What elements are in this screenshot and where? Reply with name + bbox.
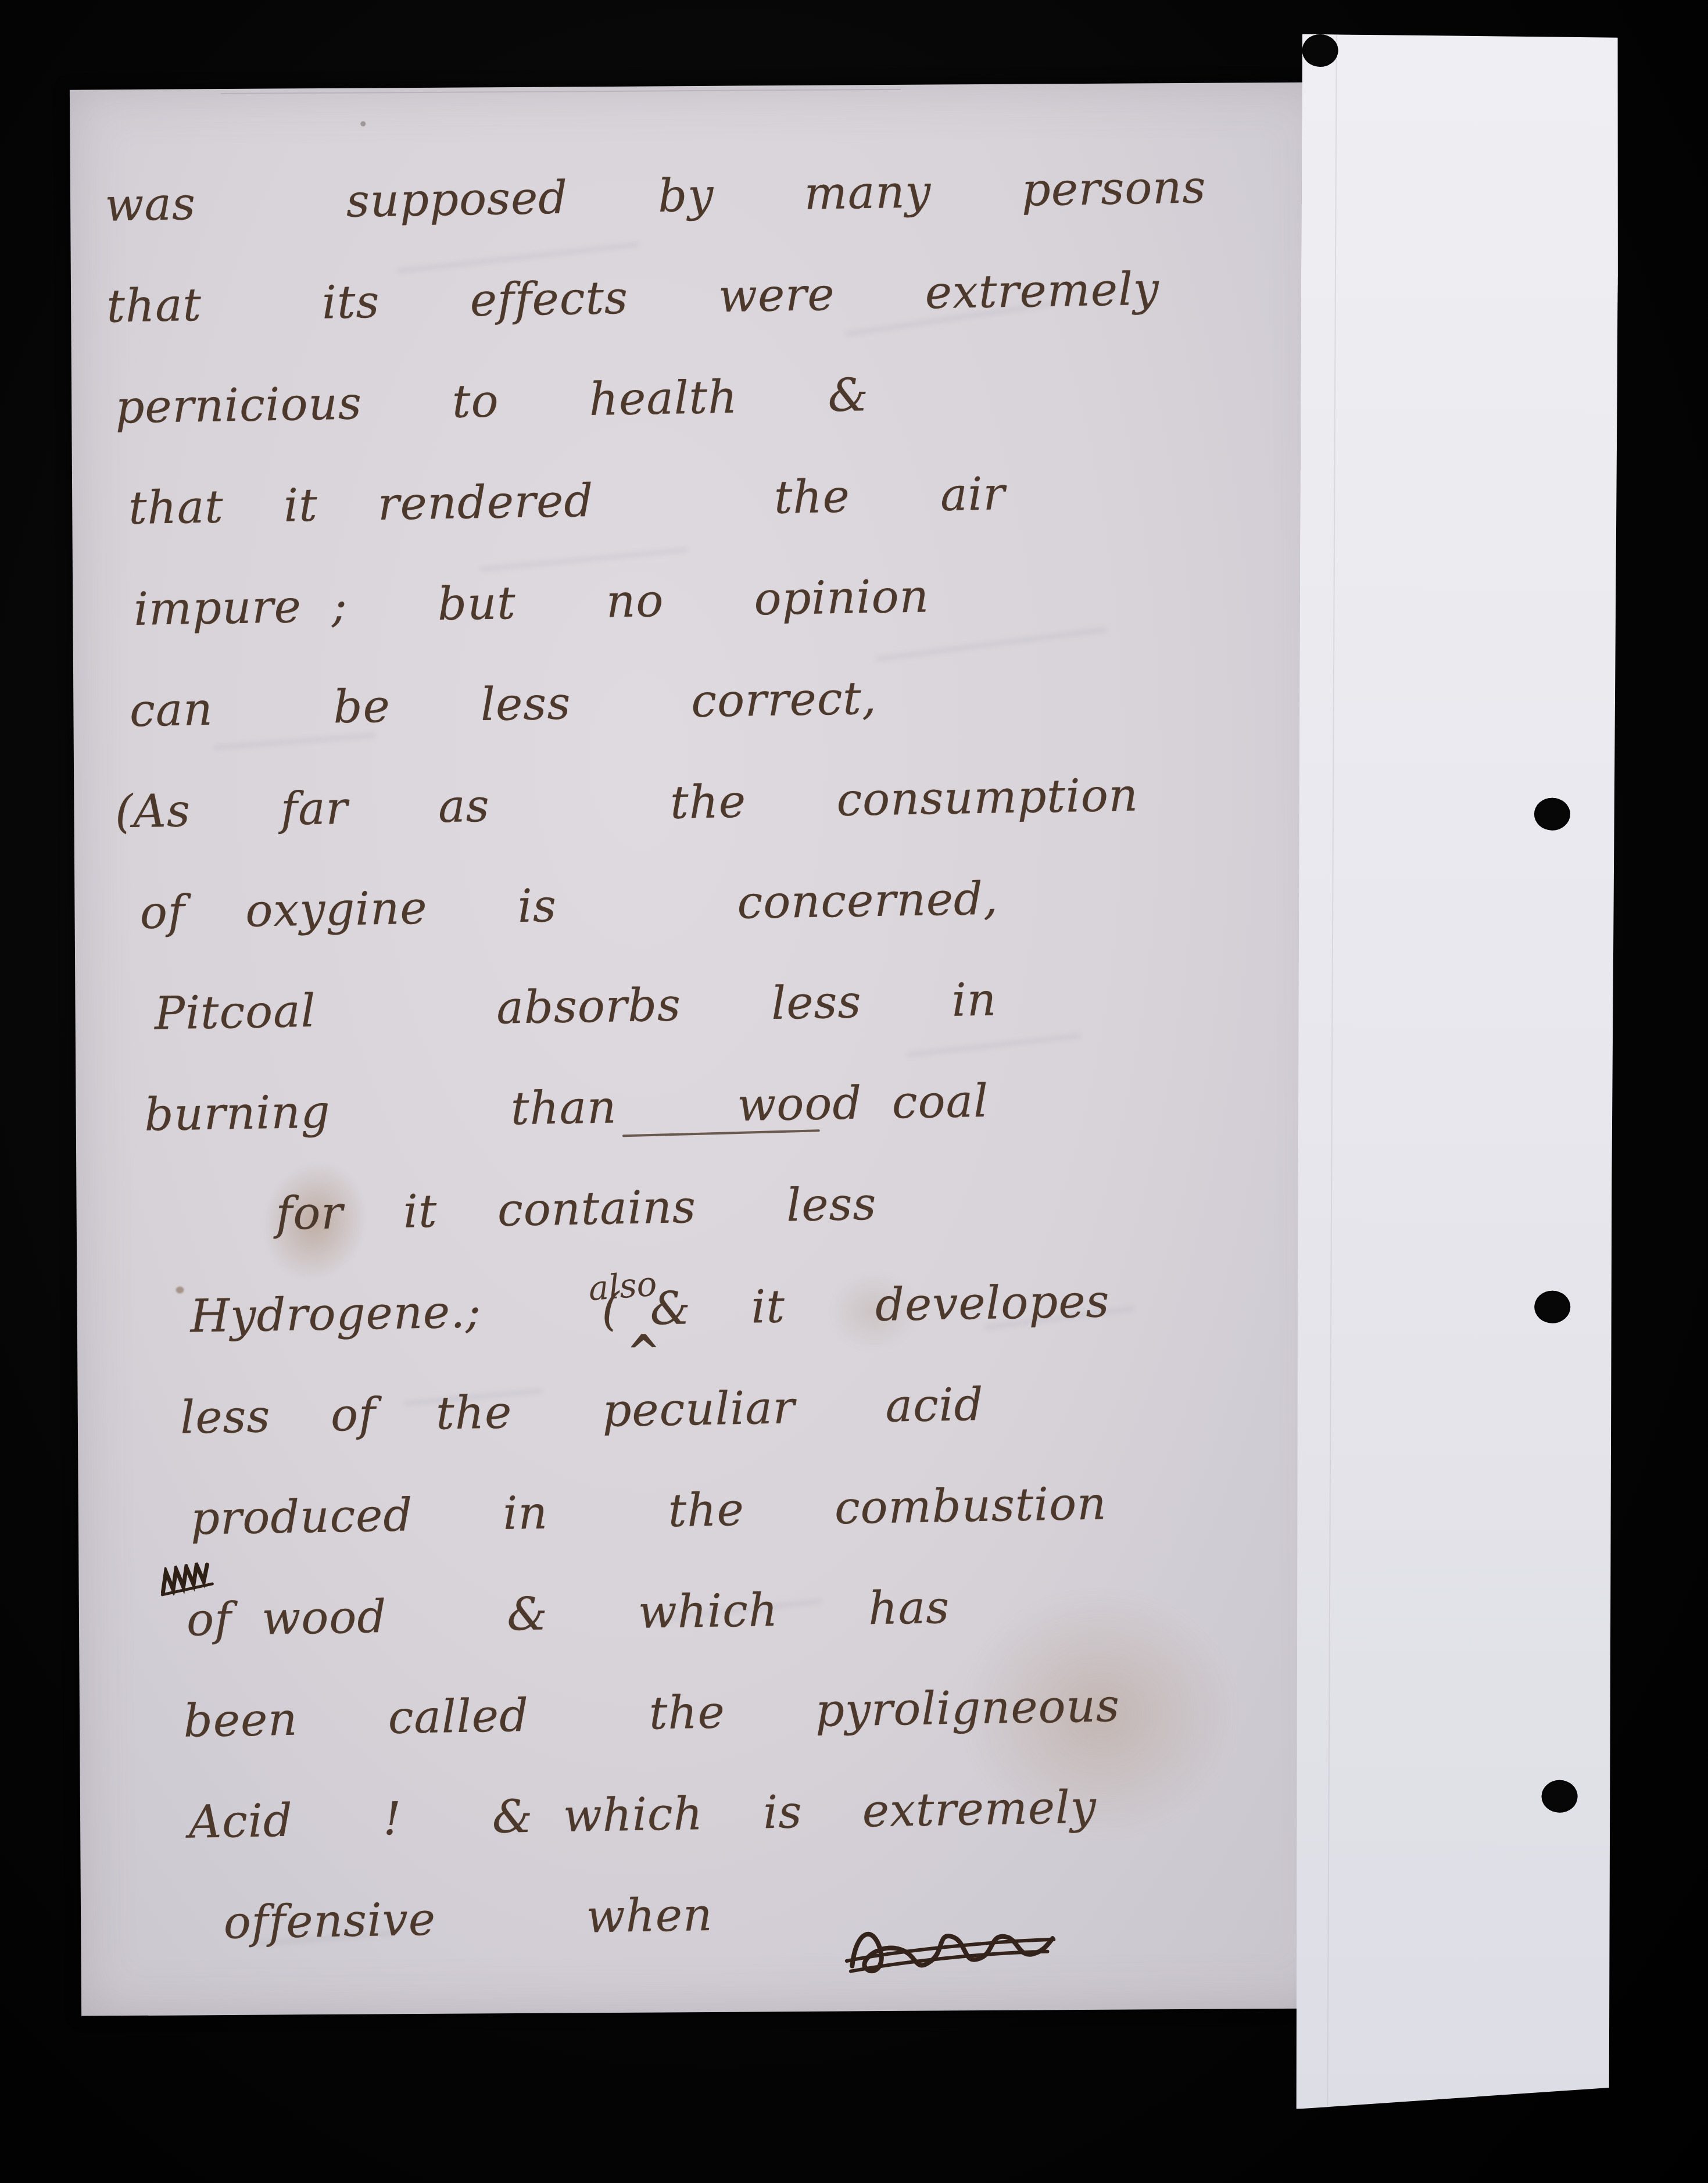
manuscript-line: been called the pyroligneous: [130, 1653, 1282, 1773]
manuscript-line: produced in the combustion: [126, 1451, 1279, 1571]
manuscript-line: burning than wood coal: [119, 1046, 1272, 1166]
ink-scribble-crossed-word: [840, 1899, 1062, 1990]
manuscript-line: offensive when: [133, 1855, 1285, 1975]
manuscript-line: less of the peculiar acid: [124, 1350, 1277, 1470]
manuscript-line: Pitcoal absorbs less in: [117, 945, 1270, 1065]
punch-hole: [1302, 34, 1338, 67]
paper-speck: [360, 121, 366, 127]
manuscript-line: Hydrogene.; ( & it developes: [123, 1248, 1275, 1369]
sheet-fold-line: [1327, 34, 1337, 2109]
manuscript-line: of oxygine is concerned,: [116, 844, 1268, 964]
manuscript-line: Acid ! & which is extremely: [131, 1754, 1283, 1874]
page-edge-crease: [221, 89, 901, 94]
attached-punched-sheet: [1293, 34, 1619, 2110]
punch-hole: [1534, 798, 1570, 831]
photograph-black-background: was supposed by many persons that its ef…: [0, 0, 1708, 2183]
manuscript-line: pernicious to health &: [108, 338, 1260, 459]
punch-hole: [1534, 1291, 1570, 1323]
manuscript-line: of wood & which has: [128, 1552, 1280, 1672]
manuscript-line: (As far as the consumption: [114, 743, 1267, 863]
manuscript-line: can be less correct,: [113, 642, 1265, 762]
punch-hole: [1541, 1780, 1577, 1813]
manuscript-line: was supposed by many persons: [104, 136, 1256, 256]
manuscript-line: that it rendered the air: [109, 439, 1262, 560]
manuscript-line: impure ; but no opinion: [111, 541, 1263, 661]
insertion-caret: ^: [626, 1323, 661, 1382]
manuscript-page: was supposed by many persons that its ef…: [70, 82, 1338, 2016]
inserted-word-also: also: [587, 1264, 658, 1308]
manuscript-line: for it contains less: [121, 1147, 1273, 1268]
handwritten-text-block: was supposed by many persons that its ef…: [104, 136, 1285, 1975]
manuscript-line: that its effects were extremely: [106, 237, 1258, 357]
